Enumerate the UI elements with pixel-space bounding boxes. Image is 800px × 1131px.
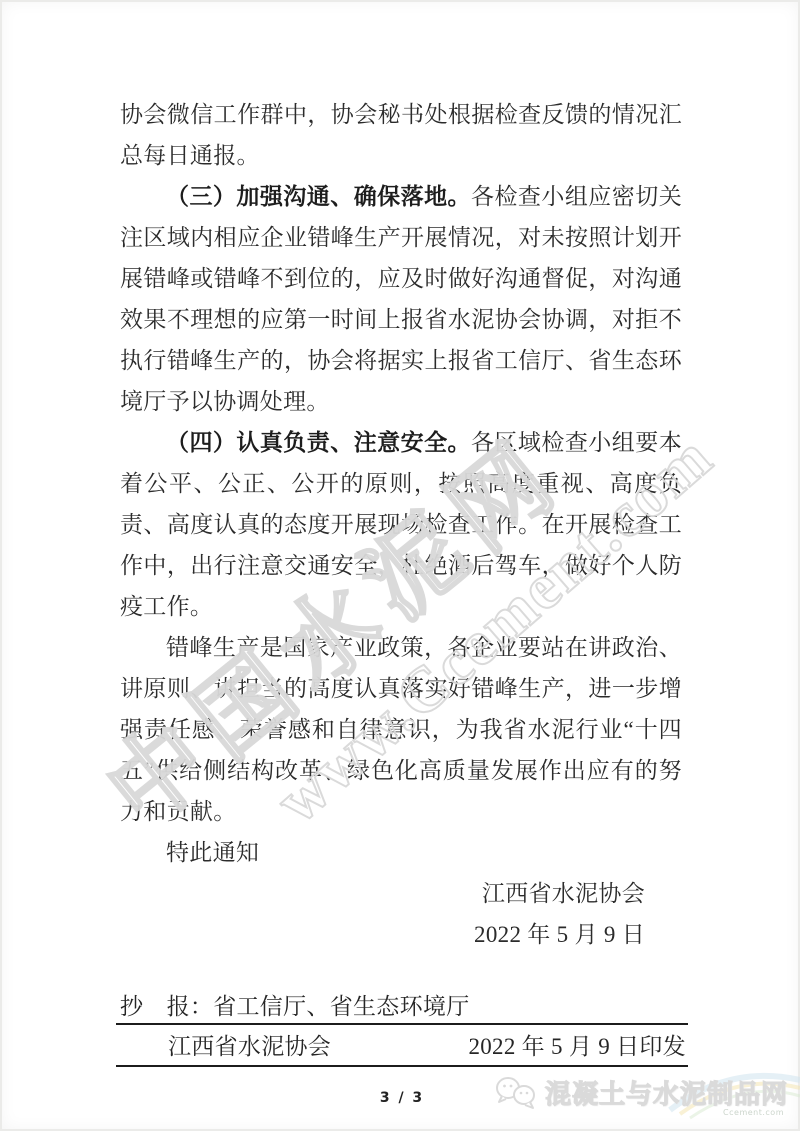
document-page: 协会微信工作群中，协会秘书处根据检查反馈的情况汇总每日通报。 （三）加强沟通、确… [0, 0, 800, 1131]
document-body: 协会微信工作群中，协会秘书处根据检查反馈的情况汇总每日通报。 （三）加强沟通、确… [120, 94, 682, 1119]
paragraph-text: 各区域检查小组要本着公平、公正、公开的原则，按照高度重视、高度负责、高度认真的态… [120, 430, 682, 619]
paragraph-text: 错峰生产是国家产业政策，各企业要站在讲政治、讲原则、讲担当的高度认真落实好错峰生… [120, 635, 682, 824]
site-caption: Ccement.com [723, 1108, 784, 1117]
paragraph-text: 协会微信工作群中，协会秘书处根据检查反馈的情况汇总每日通报。 [120, 102, 682, 168]
paragraph-text: 各检查小组应密切关注区域内相应企业错峰生产开展情况，对未按照计划开展错峰或错峰不… [120, 184, 682, 414]
paragraph-continuation: 协会微信工作群中，协会秘书处根据检查反馈的情况汇总每日通报。 [120, 94, 682, 176]
section-heading-4: （四）认真负责、注意安全。 [166, 430, 471, 455]
issue-row: 江西省水泥协会 2022 年 5 月 9 日印发 [116, 1025, 688, 1064]
paragraph-section-3: （三）加强沟通、确保落地。各检查小组应密切关注区域内相应企业错峰生产开展情况，对… [120, 176, 682, 422]
issuer: 江西省水泥协会 [168, 1032, 331, 1062]
brand-logo-text: 混凝土与水泥制品网 [545, 1074, 788, 1111]
cc-line: 抄 报：省工信厅、省生态环境厅 [116, 992, 688, 1022]
brand-row: 混凝土与水泥制品网 [495, 1074, 788, 1111]
paragraph-section-4: （四）认真负责、注意安全。各区域检查小组要本着公平、公正、公开的原则，按照高度重… [120, 422, 682, 627]
paragraph-text: 特此通知 [166, 840, 259, 865]
issue-date: 2022 年 5 月 9 日印发 [468, 1032, 686, 1062]
signature-date: 2022 年 5 月 9 日 [120, 914, 682, 955]
paragraph-closing: 错峰生产是国家产业政策，各企业要站在讲政治、讲原则、讲担当的高度认真落实好错峰生… [120, 627, 682, 832]
paragraph-notice: 特此通知 [120, 832, 682, 873]
wechat-icon [495, 1075, 537, 1111]
signature: 江西省水泥协会 [120, 873, 682, 914]
section-heading-3: （三）加强沟通、确保落地。 [166, 184, 471, 209]
site-branding-bar: 混凝土与水泥制品网 Ccement.com [0, 1062, 800, 1131]
